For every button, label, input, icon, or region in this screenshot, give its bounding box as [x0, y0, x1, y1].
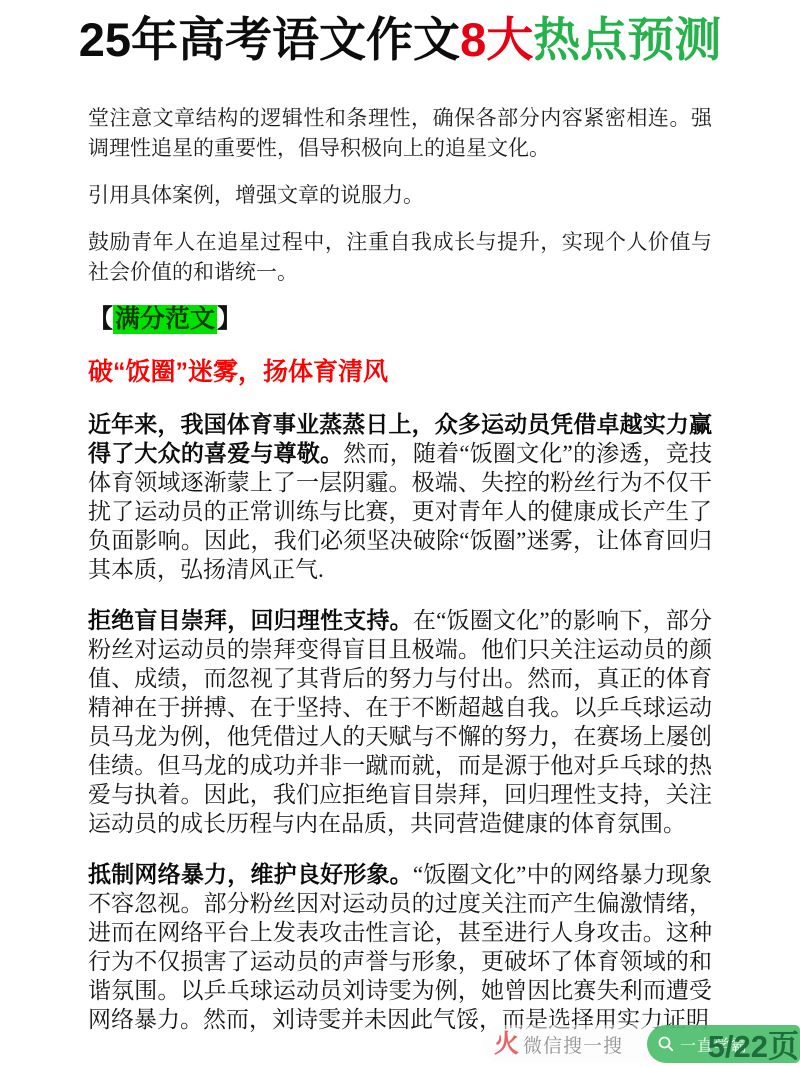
page-title: 25年高考语文作文8大热点预测	[0, 0, 800, 69]
title-segment-black: 25年高考语文作文	[79, 13, 460, 66]
essay-paragraph-lead: 抵制网络暴力，维护良好形象。	[88, 861, 413, 887]
essay-paragraph-body: 在“饭圈文化”的影响下，部分粉丝对运动员的崇拜变得盲目且极端。他们只关注运动员的…	[88, 608, 712, 836]
wechat-search-label: 微信搜一搜	[523, 1031, 623, 1058]
section-heading-highlight: 满分范文	[113, 305, 217, 334]
document-body: 堂注意文章结构的逻辑性和条理性，确保各部分内容紧密相连。强调理性追星的重要性，倡…	[88, 103, 712, 1034]
bracket-open: 【	[88, 306, 113, 333]
section-heading: 【满分范文】	[88, 304, 712, 336]
essay-paragraph-body: “饭圈文化”中的网络暴力现象不容忽视。部分粉丝因对运动员的过度关注而产生偏激情绪…	[88, 862, 712, 1032]
title-segment-red: 8大	[460, 13, 533, 66]
page-indicator: 5/22页	[708, 1031, 799, 1062]
essay-paragraph: 抵制网络暴力，维护良好形象。“饭圈文化”中的网络暴力现象不容忽视。部分粉丝因对运…	[88, 860, 712, 1034]
intro-paragraph: 堂注意文章结构的逻辑性和条理性，确保各部分内容紧密相连。强调理性追星的重要性，倡…	[88, 103, 712, 163]
intro-paragraph: 引用具体案例，增强文章的说服力。	[88, 180, 712, 210]
search-icon	[657, 1035, 675, 1053]
watermark-bar: 火 微信搜一搜 一直学霸 5/22页	[482, 1025, 800, 1063]
wechat-search-icon: 火	[494, 1032, 519, 1057]
essay-paragraph: 近年来，我国体育事业蒸蒸日上，众多运动员凭借卓越实力赢得了大众的喜爱与尊敬。然而…	[88, 410, 712, 584]
essay-paragraph: 拒绝盲目崇拜，回归理性支持。在“饭圈文化”的影响下，部分粉丝对运动员的崇拜变得盲…	[88, 606, 712, 838]
essay-paragraph-lead: 拒绝盲目崇拜，回归理性支持。	[88, 607, 413, 633]
intro-paragraph: 鼓励青年人在追星过程中，注重自我成长与提升，实现个人价值与社会价值的和谐统一。	[88, 227, 712, 287]
essay-title: 破“饭圈”迷雾，扬体育清风	[88, 356, 712, 388]
title-segment-green: 热点预测	[533, 13, 721, 66]
document-page: 25年高考语文作文8大热点预测 堂注意文章结构的逻辑性和条理性，确保各部分内容紧…	[0, 0, 800, 1067]
bracket-close: 】	[217, 306, 242, 333]
